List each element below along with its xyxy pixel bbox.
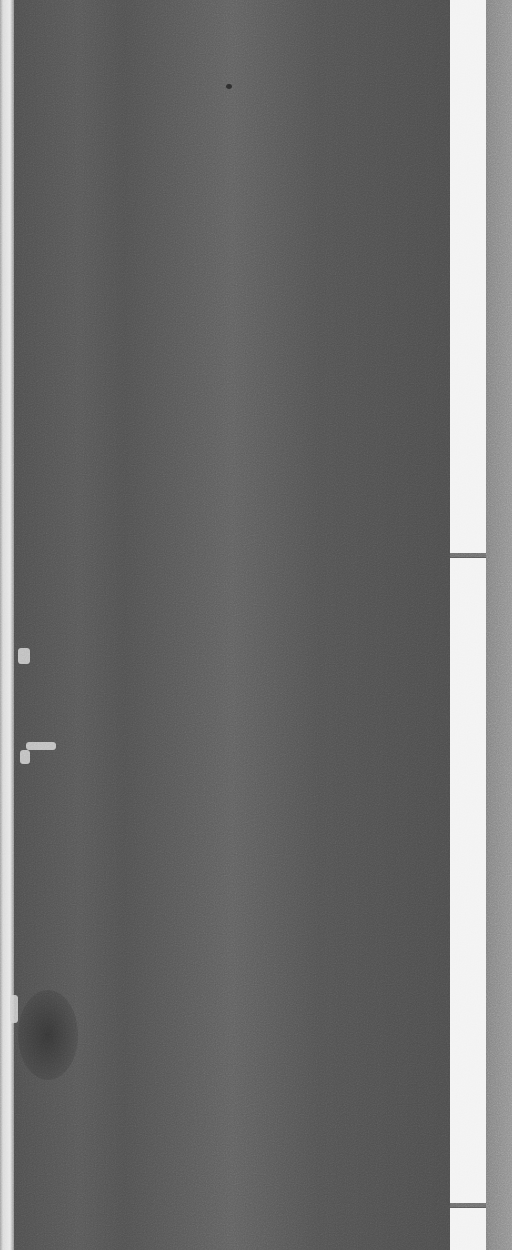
left-edge-line — [0, 0, 14, 1250]
road-shoulder — [486, 0, 512, 1250]
road-debris — [18, 648, 30, 664]
right-lane-line-segment — [450, 0, 486, 553]
lane-line-joint — [450, 1203, 486, 1207]
road-debris — [20, 750, 30, 764]
right-lane-line-segment — [450, 558, 486, 1203]
asphalt-surface — [14, 0, 450, 1250]
lane-line-joint — [450, 553, 486, 557]
road-scene — [0, 0, 512, 1250]
oil-stain — [18, 990, 78, 1080]
road-debris — [26, 742, 56, 750]
asphalt-spot — [226, 84, 232, 89]
road-debris — [10, 995, 18, 1023]
right-lane-line-segment — [450, 1208, 486, 1250]
